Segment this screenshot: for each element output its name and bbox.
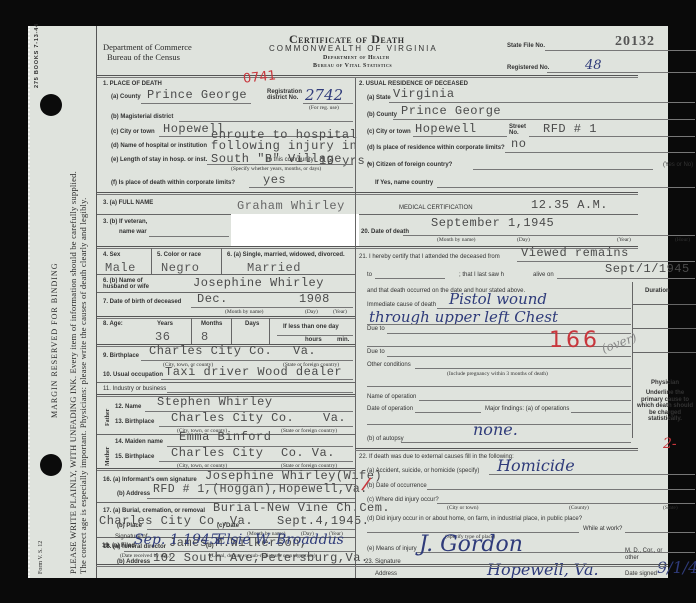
red-mark: 2- xyxy=(663,436,677,452)
mother-name-label: 14. Maiden name xyxy=(115,439,163,445)
father-birth-state: Va. xyxy=(323,411,346,425)
death-city-label: (c) City or town xyxy=(111,129,155,135)
findings-label: Major findings: (a) of operations xyxy=(485,406,569,412)
stay-note: (Specify whether years, months, or days) xyxy=(231,166,321,172)
hours-label: hours xyxy=(305,337,322,343)
mother-birth-label: 15. Birthplace xyxy=(115,454,154,460)
occupation-label: 10. Usual occupation xyxy=(103,372,163,378)
father-birth-label: 13. Birthplace xyxy=(115,419,154,425)
stay-label: (e) Length of stay in hosp. or inst. xyxy=(111,157,207,163)
cause-line-1: Pistol wound xyxy=(449,290,547,308)
home-label: (d) Did injury occur in or about home, o… xyxy=(367,516,582,522)
punch-hole-bottom xyxy=(40,454,62,476)
bureau-vital-stats: Bureau of Vital Statistics xyxy=(313,63,392,69)
burial-place-label: (b) Place xyxy=(117,523,142,529)
death-certificate: Form V. S. 12 PLEASE WRITE PLAINLY, WITH… xyxy=(28,26,668,578)
citizen-label: (e) Citizen of foreign country? xyxy=(367,162,452,168)
duration-column-divider xyxy=(632,282,633,438)
birthplace-state: Va. xyxy=(293,344,316,358)
registrar-signature: Elsie W. Broaddus xyxy=(216,532,344,548)
section-divider-1 xyxy=(97,192,638,195)
physician-signature: J. Gordon xyxy=(419,532,523,557)
full-name: Graham Whirley xyxy=(237,199,345,213)
registrar-label: (b) xyxy=(206,543,214,549)
column-divider-1 xyxy=(355,78,356,194)
filed-label-bottom: 19. (a) Filed xyxy=(102,543,135,549)
autopsy-label: (b) of autopsy xyxy=(367,436,404,442)
less-than-day-label: If less than one day xyxy=(283,324,339,330)
res-state: Virginia xyxy=(393,87,455,101)
full-name-label: 3. (a) FULL NAME xyxy=(103,200,153,206)
father-birth-city: Charles City Co. xyxy=(171,411,294,425)
dob-year-note: (Year) xyxy=(333,309,347,315)
certificate-form: Department of Commerce Bureau of the Cen… xyxy=(96,26,668,578)
physician-note-title: Physician xyxy=(637,380,693,386)
form-number: Form V. S. 12 xyxy=(38,541,44,574)
commonwealth-title: COMMONWEALTH OF VIRGINIA xyxy=(269,44,438,53)
physician-note: Underline the primary cause to which dea… xyxy=(635,390,695,423)
sex-value: Male xyxy=(105,261,136,275)
hour-note: (Hour) xyxy=(675,237,690,243)
reg-district-label: Registration district No. xyxy=(267,89,303,101)
death-date-label: 20. Date of death xyxy=(361,229,409,235)
father-name: Stephen Whirley xyxy=(157,395,273,409)
death-date: September 1,1945 xyxy=(431,216,554,230)
race-value: Negro xyxy=(161,261,200,275)
dob-month: Dec. xyxy=(197,292,228,306)
res-county-label: (b) County xyxy=(367,112,397,118)
dept-commerce: Department of Commerce xyxy=(103,42,192,52)
age-label: 8. Age: xyxy=(103,321,123,327)
spouse-name: Josephine Whirley xyxy=(193,276,324,290)
date-signed-label: Date signed xyxy=(625,571,657,577)
corporate-limits-value: yes xyxy=(263,173,286,187)
race-label: 5. Color or race xyxy=(157,252,201,258)
cause-code-red: 166 xyxy=(549,328,600,353)
external-intro: 22. If death was due to external causes … xyxy=(359,454,514,460)
hospital-label: (d) Name of hospital or institution xyxy=(111,143,207,149)
magisterial-label: (b) Magisterial district xyxy=(111,114,173,120)
country-label: If Yes, name country xyxy=(375,180,433,186)
filed-note: (Date received by reg.) xyxy=(120,553,171,559)
informant-address-label: (b) Address xyxy=(117,491,150,497)
state-file-label: State File No. xyxy=(507,43,545,49)
accident-label: (a) Accident, suicide, or homicide (spec… xyxy=(367,468,479,474)
due-to-label-2: Due to xyxy=(367,349,385,355)
street-label: Street No. xyxy=(509,124,527,136)
burial-value: Burial-New Vine Ch.Cem. xyxy=(213,501,390,515)
industry-label: 11. Industry or business xyxy=(103,386,166,392)
sex-label: 4. Sex xyxy=(103,252,120,258)
death-county: Prince George xyxy=(147,88,247,102)
dept-health: Department of Health xyxy=(323,55,389,61)
bureau-census: Bureau of the Census xyxy=(107,52,180,62)
where-state-note: (State) xyxy=(663,505,678,511)
medical-cert-label: MEDICAL CERTIFICATION xyxy=(399,205,473,211)
means-label: (e) Means of injury xyxy=(367,546,417,552)
address-label: Address xyxy=(375,571,397,577)
father-tag: Father xyxy=(105,409,111,426)
physician-address: Hopewell, Va. xyxy=(487,560,599,579)
registered-label: Registered No. xyxy=(507,65,549,71)
month-note: (Month by name) xyxy=(437,237,476,243)
last-saw-label: ; that I last saw h xyxy=(459,272,504,278)
years-label: Years xyxy=(157,321,173,327)
res-corporate-label: (d) Is place of residence within corpora… xyxy=(367,145,505,151)
punch-hole-top xyxy=(40,94,62,116)
dob-day-note: (Day) xyxy=(305,309,318,315)
hospital-name: enroute to hospital following injury in xyxy=(211,130,361,152)
county-label: (a) County xyxy=(111,94,141,100)
registrar-note: (Local, deputy, or sub-registrar's own s… xyxy=(210,553,316,559)
binding-margin: Form V. S. 12 PLEASE WRITE PLAINLY, WITH… xyxy=(28,26,96,578)
year-note: (Year) xyxy=(617,237,631,243)
occupation: Taxi driver Wood dealer xyxy=(165,365,342,379)
other-conditions-label: Other conditions xyxy=(367,362,411,368)
months-label: Months xyxy=(201,321,222,327)
date-signed: 9/1/45. xyxy=(657,558,696,577)
alive-on-date: Sept/1/1945 xyxy=(605,262,690,276)
autopsy-value: none. xyxy=(473,420,518,439)
community-value: 10 yrs. xyxy=(319,154,373,168)
header-divider xyxy=(97,75,638,78)
days-label: Days xyxy=(245,321,259,327)
alive-label: alive on xyxy=(533,272,554,278)
attended-from: Viewed remains xyxy=(521,246,629,260)
res-state-label: (a) State xyxy=(367,95,391,101)
res-corporate: no xyxy=(511,137,526,151)
marital-label: 6. (a) Single, married, widowed, divorce… xyxy=(227,252,345,258)
dob-label: 7. Date of birth of deceased xyxy=(103,299,181,305)
reg-district-number: 2742 xyxy=(305,86,343,104)
corporate-limits-label: (f) Is place of death within corporate l… xyxy=(111,180,235,186)
instruction-line-2: The correct age is especially important.… xyxy=(78,198,88,574)
war-label: name war xyxy=(119,229,147,235)
to-label: to xyxy=(367,272,372,278)
birthplace-city: Charles City Co. xyxy=(149,344,272,358)
pregnancy-note: (Include pregnancy within 3 months of de… xyxy=(447,371,548,377)
certify-label: 21. I hereby certify that I attended the… xyxy=(359,254,500,260)
dob-month-note: (Month by name) xyxy=(225,309,264,315)
redacted-area xyxy=(231,214,359,246)
age-years: 36 xyxy=(155,330,170,344)
place-of-death-label: 1. PLACE OF DEATH xyxy=(103,81,162,87)
where-label: (c) Where did injury occur? xyxy=(367,497,439,503)
informant-address: RFD # 1,(Hoggan),Hopewell,Va. xyxy=(153,483,368,496)
state-file-number: 20132 xyxy=(615,34,655,50)
accident-value: Homicide xyxy=(497,456,575,475)
age-months: 8 xyxy=(201,330,209,344)
death-time: 12.35 A.M. xyxy=(531,198,608,212)
marital-value: Married xyxy=(247,261,301,275)
veteran-label: 3. (b) If veteran, xyxy=(103,219,147,225)
binding-note: MARGIN RESERVED FOR BINDING xyxy=(50,263,59,418)
stock-number: 275 BOOKS 7-13-44 xyxy=(34,23,40,88)
res-city: Hopewell xyxy=(415,122,477,136)
res-street: RFD # 1 xyxy=(543,122,597,136)
citizen-note: (Yes or No) xyxy=(663,162,693,168)
spouse-label: 6. (b) Name of husband or wife xyxy=(103,278,159,290)
min-label: min. xyxy=(337,337,349,343)
instruction-line-1: PLEASE WRITE PLAINLY, WITH UNFADING INK.… xyxy=(68,171,78,574)
community-label: In this community xyxy=(267,157,314,163)
work-label: While at work? xyxy=(583,526,622,532)
res-city-label: (c) City or town xyxy=(367,129,411,135)
due-to-label-1: Due to xyxy=(367,326,385,332)
mother-tag: Mother xyxy=(105,447,111,466)
res-county: Prince George xyxy=(401,104,501,118)
mother-birth-state: Co. Va. xyxy=(281,446,335,460)
where-city-note: (City or town) xyxy=(447,505,478,511)
where-county-note: (County) xyxy=(569,505,589,511)
section-divider-3 xyxy=(97,316,355,319)
op-date-label: Date of operation xyxy=(367,406,413,412)
mother-maiden-name: Emma Binford xyxy=(179,430,271,444)
father-name-label: 12. Name xyxy=(115,404,141,410)
operation-label: Name of operation xyxy=(367,394,416,400)
red-annotation: 0741 xyxy=(242,68,276,86)
column-divider-2 xyxy=(355,194,356,578)
duration-label: Duration xyxy=(645,288,670,294)
occurrence-label: (b) Date of occurrence xyxy=(367,483,427,489)
dob-year: 1908 xyxy=(299,292,330,306)
birthplace-label: 9. Birthplace xyxy=(103,353,139,359)
reg-use-note: (For reg. use) xyxy=(309,105,339,111)
mother-birth-city: Charles City xyxy=(171,446,263,460)
registered-number: 48 xyxy=(585,58,602,73)
day-note: (Day) xyxy=(517,237,530,243)
